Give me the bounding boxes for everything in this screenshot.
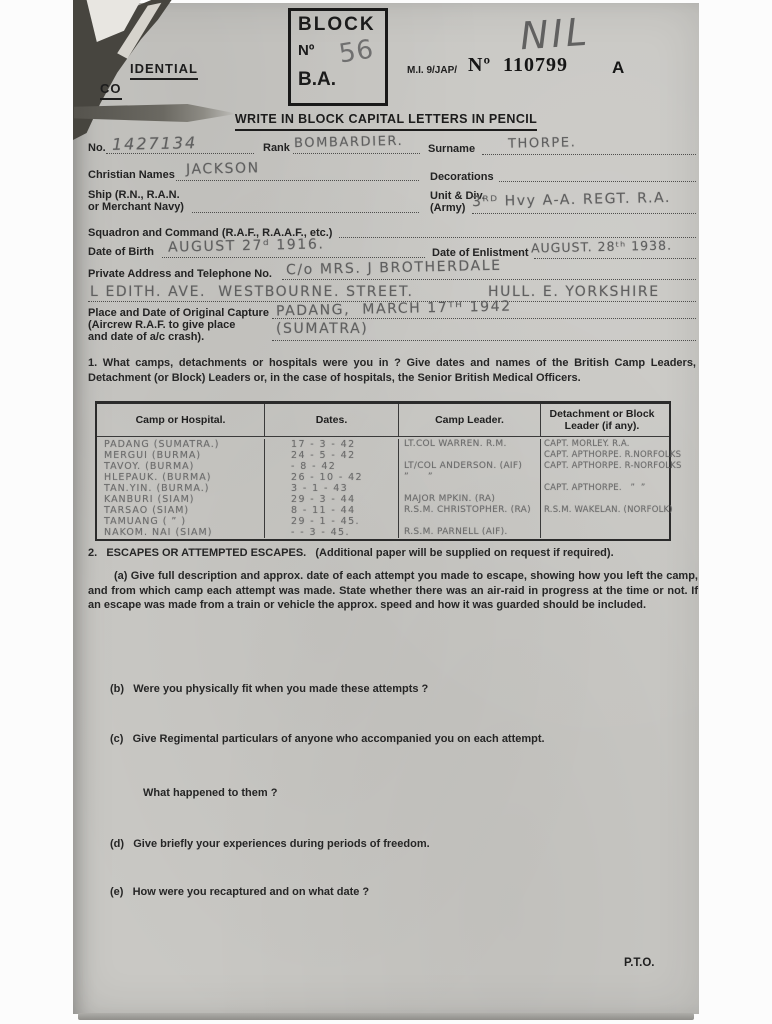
- surname-value: THORPE.: [508, 135, 577, 151]
- cell-detachment-leader: R.S.M. WAKELAN. (NORFOLK): [541, 505, 663, 516]
- table-row: NAKOM. NAI (SIAM) - - 3 - 45. R.S.M. PAR…: [97, 527, 669, 538]
- christian-names-value: JACKSON: [186, 160, 260, 178]
- table-row: TAVOY. (BURMA) - 8 - 42 LT/COL ANDERSON.…: [97, 461, 669, 472]
- capture-label-line3: and date of a/c crash).: [88, 331, 204, 344]
- question-2e-text: (e) How were you recaptured and on what …: [110, 885, 670, 900]
- dotted-line: [272, 340, 696, 341]
- cell-detachment-leader: [541, 516, 663, 527]
- cell-camp-leader: R.S.M. PARNELL (AIF).: [399, 527, 541, 538]
- dotted-line: [534, 258, 696, 259]
- christian-names-label: Christian Names: [88, 169, 175, 182]
- cell-detachment-leader: CAPT. APTHORPE. R-NORFOLKS: [541, 461, 663, 472]
- block-number-handwritten: 56: [337, 34, 376, 69]
- question-2d-text: (d) Give briefly your experiences during…: [110, 837, 670, 852]
- cell-camp-leader: R.S.M. CHRISTOPHER. (RA): [399, 505, 541, 516]
- cell-detachment-leader: CAPT. MORLEY. R.A.: [541, 439, 663, 450]
- table-row: TAMUANG ( ” ) 29 - 1 - 45.: [97, 516, 669, 527]
- cell-dates: - 8 - 42: [265, 461, 399, 472]
- pto-footer: P.T.O.: [624, 957, 654, 969]
- date-of-birth-label: Date of Birth: [88, 246, 154, 259]
- serial-suffix: A: [612, 58, 624, 78]
- address-value-line2: L EDITH. AVE. WESTBOURNE. STREET.: [90, 284, 414, 300]
- surname-label: Surname: [428, 143, 475, 156]
- cell-detachment-leader: [541, 527, 663, 538]
- cell-camp: KANBURI (SIAM): [97, 494, 265, 505]
- capture-value-line2: (SUMATRA): [276, 321, 368, 337]
- question-2a-text: (a) Give full description and approx. da…: [88, 569, 698, 613]
- cell-camp: NAKOM. NAI (SIAM): [97, 527, 265, 538]
- dotted-line: [282, 279, 696, 280]
- date-of-enlistment-value: AUGUST. 28ᵗʰ 1938.: [531, 238, 672, 256]
- dotted-line: [293, 153, 420, 154]
- cell-detachment-leader: CAPT. APTHORPE. R.NORFOLKS: [541, 450, 663, 461]
- col-header-detachment-leader: Detachment or Block Leader (if any).: [541, 404, 663, 436]
- cell-camp-leader: [399, 483, 541, 494]
- instruction-wrapper: WRITE IN BLOCK CAPITAL LETTERS IN PENCIL: [73, 110, 699, 131]
- cell-camp-leader: LT.COL WARREN. R.M.: [399, 439, 541, 450]
- stamp-line-ba: B.A.: [298, 69, 336, 91]
- instruction-heading: WRITE IN BLOCK CAPITAL LETTERS IN PENCIL: [235, 112, 537, 131]
- col-header-camp: Camp or Hospital.: [97, 404, 265, 436]
- serial-number: Nº 110799: [468, 54, 568, 77]
- date-of-birth-value: AUGUST 27ᵈ 1916.: [168, 236, 325, 255]
- dotted-line: [176, 180, 419, 181]
- cell-camp-leader: [399, 516, 541, 527]
- dotted-line: [192, 212, 419, 213]
- cell-camp: TAVOY. (BURMA): [97, 461, 265, 472]
- cell-camp-leader: MAJOR MPKIN. (RA): [399, 494, 541, 505]
- cell-detachment-leader: [541, 472, 663, 483]
- cell-detachment-leader: [541, 494, 663, 505]
- private-address-label: Private Address and Telephone No.: [88, 268, 272, 281]
- dotted-line: [472, 213, 696, 214]
- cell-detachment-leader: CAPT. APTHORPE. ” ”: [541, 483, 663, 494]
- cell-dates: 26 - 10 - 42: [265, 472, 399, 483]
- cell-camp: MERGUI (BURMA): [97, 450, 265, 461]
- camp-table-body: PADANG (SUMATRA.) 17 - 3 - 42 LT.COL WAR…: [97, 437, 669, 539]
- no-value: 1427134: [112, 133, 198, 154]
- question-2c-followup-text: What happened to them ?: [143, 786, 543, 801]
- cell-dates: 29 - 3 - 44: [265, 494, 399, 505]
- cell-dates: - - 3 - 45.: [265, 527, 399, 538]
- cell-dates: 17 - 3 - 42: [265, 439, 399, 450]
- table-row: KANBURI (SIAM) 29 - 3 - 44 MAJOR MPKIN. …: [97, 494, 669, 505]
- rank-label: Rank: [263, 142, 290, 155]
- pow-questionnaire-scan: IDENTIAL CO BLOCK Nº B.A. 56 NIL M.I. 9/…: [0, 0, 772, 1024]
- form-reference: M.I. 9/JAP/: [407, 65, 457, 76]
- no-label: No.: [88, 142, 106, 155]
- confidential-stamp-bottom-fragment: CO: [100, 81, 122, 100]
- col-header-dates: Dates.: [265, 404, 399, 436]
- unit-div-label-line2: (Army): [430, 202, 465, 215]
- col-header-camp-leader: Camp Leader.: [399, 404, 541, 436]
- cell-camp: TAMUANG ( ” ): [97, 516, 265, 527]
- cell-dates: 29 - 1 - 45.: [265, 516, 399, 527]
- question-2b-text: (b) Were you physically fit when you mad…: [110, 682, 670, 697]
- cell-camp-leader: ” ”: [399, 472, 541, 483]
- table-row: TAN.YIN. (BURMA.) 3 - 1 - 43 CAPT. APTHO…: [97, 483, 669, 494]
- dotted-line: [162, 257, 425, 258]
- table-row: TARSAO (SIAM) 8 - 11 - 44 R.S.M. CHRISTO…: [97, 505, 669, 516]
- cell-camp: TARSAO (SIAM): [97, 505, 265, 516]
- dotted-line: [499, 181, 696, 182]
- cell-dates: 8 - 11 - 44: [265, 505, 399, 516]
- cell-camp-leader: LT/COL ANDERSON. (AIF): [399, 461, 541, 472]
- block-number-stamp: BLOCK Nº B.A. 56: [288, 8, 388, 106]
- table-row: MERGUI (BURMA) 24 - 5 - 42 CAPT. APTHORP…: [97, 450, 669, 461]
- table-row: HLEPAUK. (BURMA) 26 - 10 - 42 ” ”: [97, 472, 669, 483]
- page-bottom-edge: [78, 1013, 694, 1020]
- address-value-line3: HULL. E. YORKSHIRE: [488, 284, 660, 300]
- confidential-stamp-top-fragment: IDENTIAL: [130, 61, 198, 80]
- ship-label-line2: or Merchant Navy): [88, 201, 184, 214]
- dotted-line: [482, 154, 696, 155]
- cell-camp: PADANG (SUMATRA.): [97, 439, 265, 450]
- cell-camp: HLEPAUK. (BURMA): [97, 472, 265, 483]
- question-1-text: 1. What camps, detachments or hospitals …: [88, 356, 696, 385]
- cell-dates: 24 - 5 - 42: [265, 450, 399, 461]
- question-2-heading: 2. ESCAPES OR ATTEMPTED ESCAPES. (Additi…: [88, 546, 696, 561]
- cell-camp-leader: [399, 450, 541, 461]
- rank-value: BOMBARDIER.: [294, 134, 404, 151]
- camp-table-header-row: Camp or Hospital. Dates. Camp Leader. De…: [97, 404, 669, 437]
- table-row: PADANG (SUMATRA.) 17 - 3 - 42 LT.COL WAR…: [97, 439, 669, 450]
- question-2c-text: (c) Give Regimental particulars of anyon…: [110, 732, 670, 747]
- nil-annotation: NIL: [519, 10, 592, 59]
- cell-dates: 3 - 1 - 43: [265, 483, 399, 494]
- stamp-line-no: Nº: [298, 42, 314, 59]
- decorations-label: Decorations: [430, 171, 494, 184]
- cell-camp: TAN.YIN. (BURMA.): [97, 483, 265, 494]
- stamp-line-block: BLOCK: [298, 14, 376, 36]
- camp-table: Camp or Hospital. Dates. Camp Leader. De…: [95, 401, 671, 541]
